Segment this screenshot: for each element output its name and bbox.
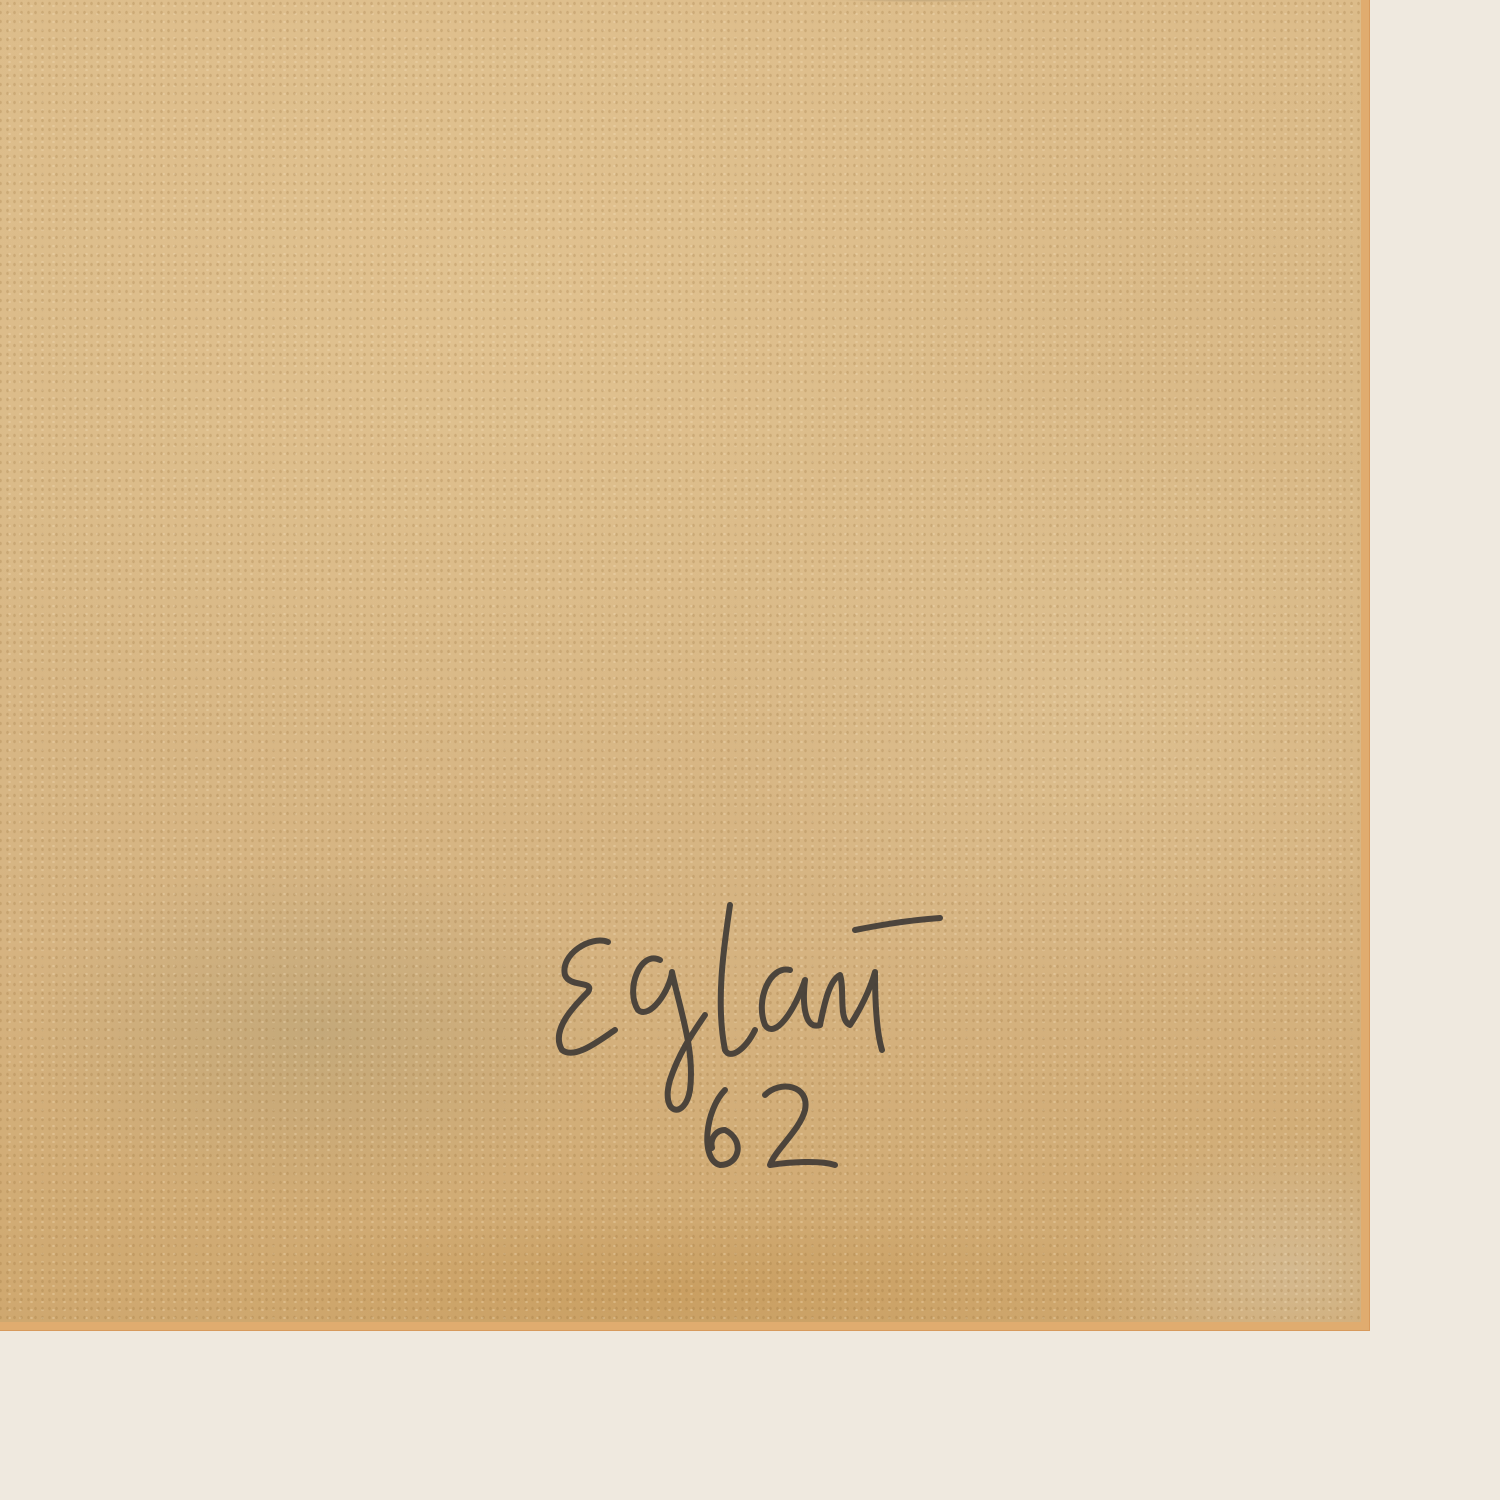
charcoal-stroke (690, 0, 1090, 15)
artist-signature: Eglau 62 (520, 880, 980, 1180)
signature-strokes-icon (520, 880, 980, 1180)
